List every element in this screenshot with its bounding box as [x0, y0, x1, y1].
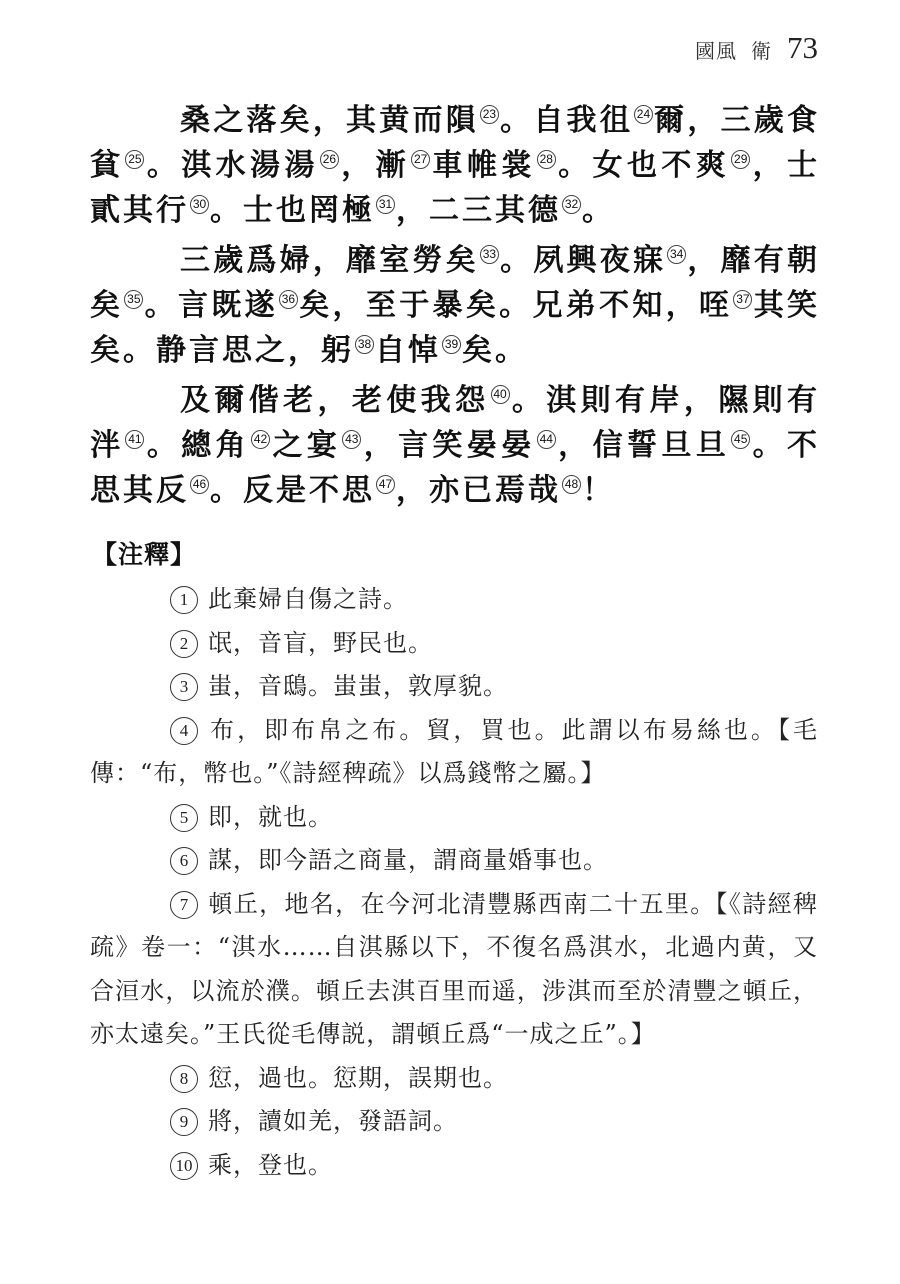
note-item: 8愆，過也。愆期，誤期也。 [90, 1057, 818, 1101]
footnote-marker[interactable]: 33 [480, 245, 499, 264]
header-subsection: 衛 [751, 35, 771, 64]
footnote-marker[interactable]: 43 [342, 430, 361, 449]
footnote-marker[interactable]: 38 [355, 335, 374, 354]
note-item: 2氓，音盲，野民也。 [90, 622, 818, 666]
note-number-badge: 3 [170, 673, 198, 701]
poem-line-text: 。反是不思 [210, 473, 375, 508]
poem-line-text: 三歲爲婦，靡室勞矣 [180, 243, 479, 278]
note-number-badge: 7 [170, 891, 198, 919]
footnote-marker[interactable]: 23 [480, 105, 499, 124]
footnote-marker[interactable]: 44 [537, 430, 556, 449]
footnote-marker[interactable]: 45 [731, 430, 750, 449]
poem-line-text: 。女也不爽 [557, 148, 730, 183]
footnote-marker[interactable]: 41 [125, 430, 144, 449]
note-text: 布，即布帛之布。貿，買也。此謂以布易絲也。【毛傳：“布，幣也。”《詩經稗疏》以爲… [90, 716, 818, 788]
footnote-marker[interactable]: 25 [125, 150, 144, 169]
note-item: 6謀，即今語之商量，謂商量婚事也。 [90, 839, 818, 883]
note-number-badge: 5 [170, 804, 198, 832]
footnote-marker[interactable]: 39 [442, 335, 461, 354]
running-header: 國風 衛 73 [695, 30, 818, 66]
footnote-marker[interactable]: 34 [667, 245, 686, 264]
note-number-badge: 1 [170, 586, 198, 614]
poem-line-text: 。夙興夜寐 [500, 243, 666, 278]
poem-line-text: 。 [582, 193, 615, 228]
note-text: 氓，音盲，野民也。 [208, 629, 433, 657]
poem-line-text: ，信誓旦旦 [557, 428, 730, 463]
poem-line-text: 。自我徂 [500, 103, 633, 138]
footnote-marker[interactable]: 27 [411, 150, 430, 169]
poem-line-text: 及爾偕老，老使我怨 [180, 383, 490, 418]
poem-line-text: 矣，至于暴矣。兄弟不知，咥 [299, 288, 732, 323]
footnote-marker[interactable]: 46 [190, 475, 209, 494]
note-number-badge: 2 [170, 630, 198, 658]
notes-heading: 【注釋】 [92, 535, 196, 571]
poem-line-text: 。言既遂 [144, 288, 278, 323]
note-text: 此棄婦自傷之詩。 [208, 585, 408, 613]
poem-line-text: 自悼 [375, 333, 441, 368]
footnote-marker[interactable]: 42 [251, 430, 270, 449]
note-item: 9將，讀如羌，發語詞。 [90, 1100, 818, 1144]
footnote-marker[interactable]: 47 [376, 475, 395, 494]
poem-line-text: 。淇水湯湯 [145, 148, 318, 183]
footnote-marker[interactable]: 36 [279, 290, 298, 309]
poem-line-text: ，漸 [340, 148, 410, 183]
notes-list: 1此棄婦自傷之詩。 2氓，音盲，野民也。 3蚩，音鴟。蚩蚩，敦厚貌。 4布，即布… [90, 578, 818, 1187]
footnote-marker[interactable]: 31 [376, 195, 395, 214]
header-section: 國風 [695, 35, 737, 64]
note-number-badge: 4 [170, 717, 198, 745]
note-item: 10乘，登也。 [90, 1144, 818, 1188]
note-text: 乘，登也。 [208, 1151, 333, 1179]
poem-line-text: 之宴 [271, 428, 341, 463]
poem-stanza: 三歲爲婦，靡室勞矣33。夙興夜寐34，靡有朝矣35。言既遂36矣，至于暴矣。兄弟… [90, 238, 820, 373]
note-item: 1此棄婦自傷之詩。 [90, 578, 818, 622]
note-number-badge: 9 [170, 1108, 198, 1136]
note-item: 5即，就也。 [90, 796, 818, 840]
note-text: 謀，即今語之商量，謂商量婚事也。 [208, 846, 608, 874]
note-number-badge: 8 [170, 1065, 198, 1093]
poem-line-text: ，亦已焉哉 [396, 473, 561, 508]
note-item: 4布，即布帛之布。貿，買也。此謂以布易絲也。【毛傳：“布，幣也。”《詩經稗疏》以… [90, 709, 818, 796]
note-text: 即，就也。 [208, 803, 333, 831]
poem-line-text: ！ [582, 473, 615, 508]
note-item: 3蚩，音鴟。蚩蚩，敦厚貌。 [90, 665, 818, 709]
footnote-marker[interactable]: 26 [320, 150, 339, 169]
footnote-marker[interactable]: 29 [731, 150, 750, 169]
note-number-badge: 10 [170, 1152, 198, 1180]
poem-line-text: ，言笑晏晏 [362, 428, 535, 463]
poem-line-text: 矣。 [462, 333, 528, 368]
page-number: 73 [787, 30, 818, 66]
note-item: 7頓丘，地名，在今河北清豐縣西南二十五里。【《詩經稗疏》卷一：“淇水……自淇縣以… [90, 883, 818, 1057]
poem-line-text: 桑之落矣，其黄而隕 [180, 103, 479, 138]
note-text: 蚩，音鴟。蚩蚩，敦厚貌。 [208, 672, 508, 700]
footnote-marker[interactable]: 30 [190, 195, 209, 214]
footnote-marker[interactable]: 37 [733, 290, 752, 309]
poem-line-text: 。總角 [145, 428, 250, 463]
poem-line-text: 。士也罔極 [210, 193, 375, 228]
footnote-marker[interactable]: 28 [537, 150, 556, 169]
note-number-badge: 6 [170, 847, 198, 875]
footnote-marker[interactable]: 32 [562, 195, 581, 214]
footnote-marker[interactable]: 48 [562, 475, 581, 494]
footnote-marker[interactable]: 35 [124, 290, 143, 309]
poem-stanza: 桑之落矣，其黄而隕23。自我徂24爾，三歲食貧25。淇水湯湯26，漸27車帷裳2… [90, 98, 820, 233]
footnote-marker[interactable]: 24 [634, 105, 653, 124]
footnote-marker[interactable]: 40 [491, 385, 510, 404]
poem-line-text: ，二三其德 [396, 193, 561, 228]
note-text: 將，讀如羌，發語詞。 [208, 1107, 458, 1135]
poem-stanza: 及爾偕老，老使我怨40。淇則有岸，隰則有泮41。總角42之宴43，言笑晏晏44，… [90, 378, 820, 513]
poem-line-text: 車帷裳 [431, 148, 536, 183]
note-text: 頓丘，地名，在今河北清豐縣西南二十五里。【《詩經稗疏》卷一：“淇水……自淇縣以下… [90, 890, 818, 1049]
note-text: 愆，過也。愆期，誤期也。 [208, 1064, 508, 1092]
poem-text: 桑之落矣，其黄而隕23。自我徂24爾，三歲食貧25。淇水湯湯26，漸27車帷裳2… [90, 98, 820, 513]
